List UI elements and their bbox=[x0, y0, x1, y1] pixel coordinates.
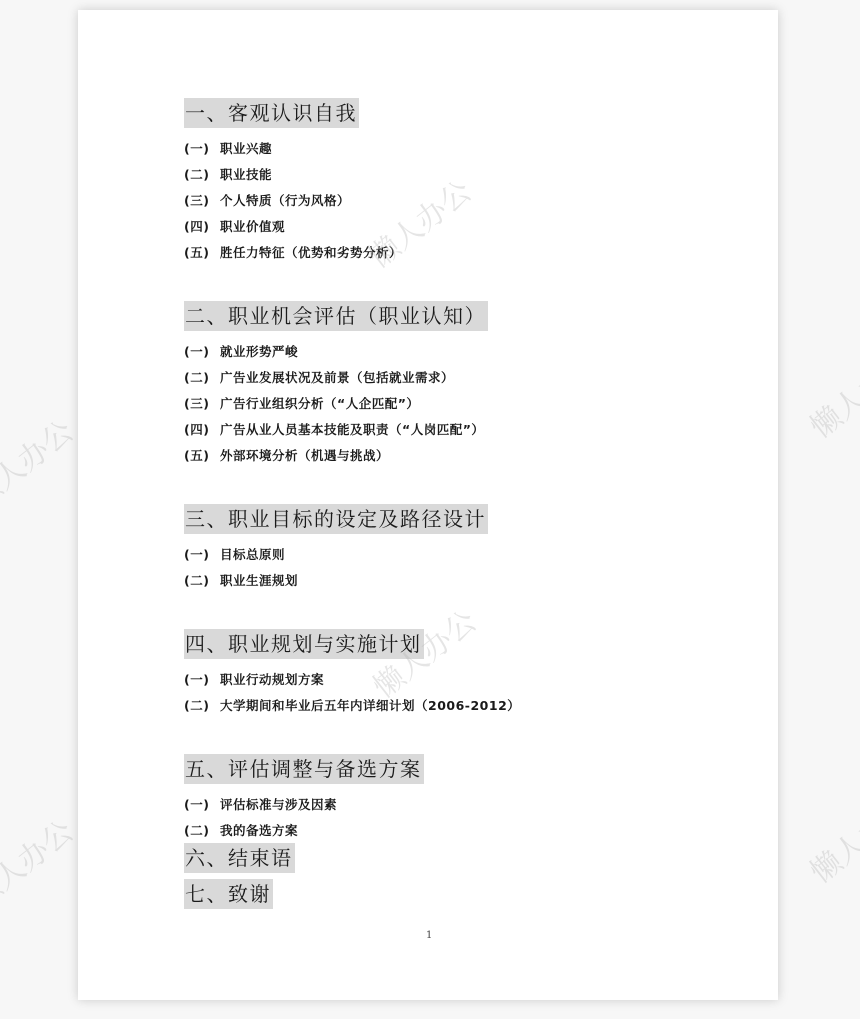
list-item: (二)职业生涯规划 bbox=[184, 568, 488, 594]
page-number: 1 bbox=[426, 930, 432, 941]
section-7: 七、致谢 bbox=[184, 879, 273, 909]
section-heading: 二、职业机会评估（职业认知） bbox=[184, 301, 488, 331]
list-item: (五)胜任力特征（优势和劣势分析） bbox=[184, 240, 402, 266]
section-6: 六、结束语 bbox=[184, 843, 295, 873]
list-item: (三)个人特质（行为风格） bbox=[184, 188, 402, 214]
watermark: 懒人办公 bbox=[799, 338, 860, 447]
list-item: (二)广告业发展状况及前景（包括就业需求） bbox=[184, 365, 488, 391]
list-item: (一)职业兴趣 bbox=[184, 136, 402, 162]
section-3: 三、职业目标的设定及路径设计 (一)目标总原则 (二)职业生涯规划 bbox=[184, 504, 488, 594]
section-1: 一、客观认识自我 (一)职业兴趣 (二)职业技能 (三)个人特质（行为风格） (… bbox=[184, 98, 402, 266]
section-heading: 三、职业目标的设定及路径设计 bbox=[184, 504, 488, 534]
section-heading: 七、致谢 bbox=[184, 879, 273, 909]
watermark: 懒人办公 bbox=[799, 783, 860, 892]
list-item: (二)职业技能 bbox=[184, 162, 402, 188]
section-2: 二、职业机会评估（职业认知） (一)就业形势严峻 (二)广告业发展状况及前景（包… bbox=[184, 301, 488, 469]
watermark: 懒人办公 bbox=[0, 808, 81, 917]
list-item: (一)目标总原则 bbox=[184, 542, 488, 568]
section-heading: 一、客观认识自我 bbox=[184, 98, 359, 128]
section-heading: 六、结束语 bbox=[184, 843, 295, 873]
document-page: 一、客观认识自我 (一)职业兴趣 (二)职业技能 (三)个人特质（行为风格） (… bbox=[78, 10, 778, 1000]
list-item: (一)评估标准与涉及因素 bbox=[184, 792, 424, 818]
list-item: (四)职业价值观 bbox=[184, 214, 402, 240]
list-item: (一)就业形势严峻 bbox=[184, 339, 488, 365]
list-item: (五)外部环境分析（机遇与挑战） bbox=[184, 443, 488, 469]
list-item: (四)广告从业人员基本技能及职责（“人岗匹配”） bbox=[184, 417, 488, 443]
list-item: (二)大学期间和毕业后五年内详细计划（2006-2012） bbox=[184, 693, 520, 719]
list-item: (一)职业行动规划方案 bbox=[184, 667, 520, 693]
section-heading: 五、评估调整与备选方案 bbox=[184, 754, 424, 784]
section-heading: 四、职业规划与实施计划 bbox=[184, 629, 424, 659]
section-4: 四、职业规划与实施计划 (一)职业行动规划方案 (二)大学期间和毕业后五年内详细… bbox=[184, 629, 520, 719]
list-item: (三)广告行业组织分析（“人企匹配”） bbox=[184, 391, 488, 417]
section-5: 五、评估调整与备选方案 (一)评估标准与涉及因素 (二)我的备选方案 bbox=[184, 754, 424, 844]
watermark: 懒人办公 bbox=[0, 408, 81, 517]
list-item: (二)我的备选方案 bbox=[184, 818, 424, 844]
